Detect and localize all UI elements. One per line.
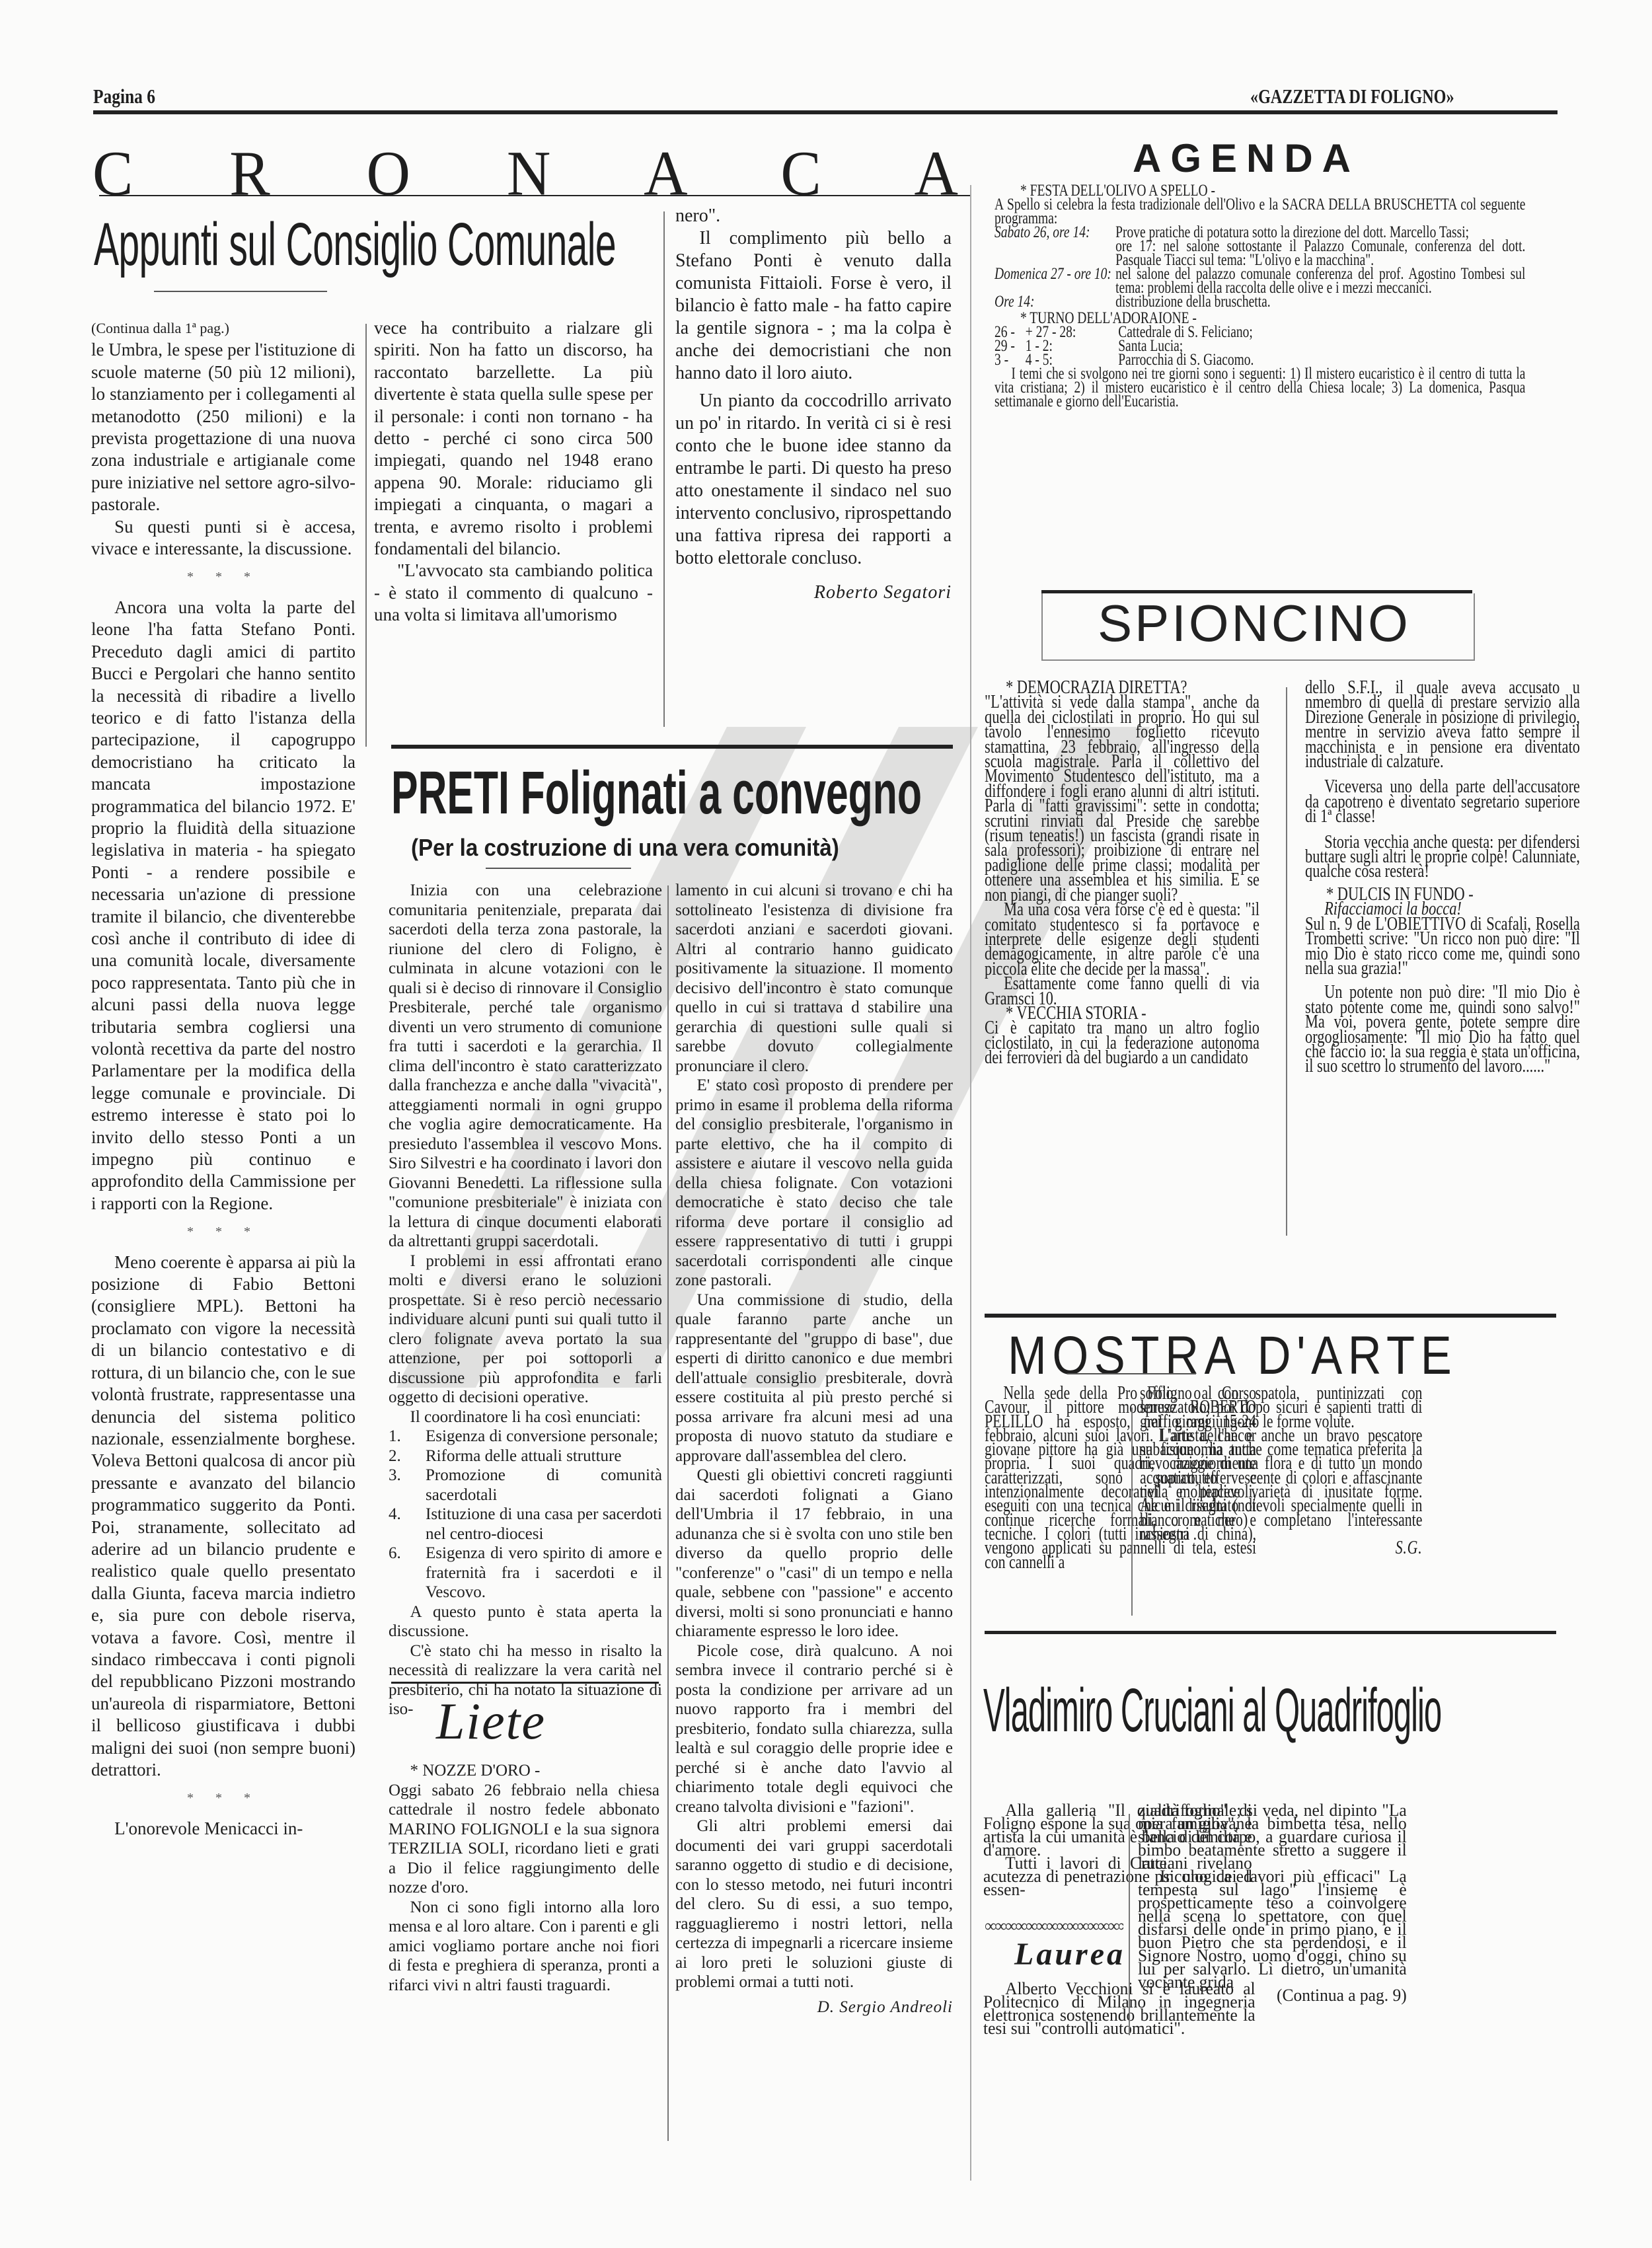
section-title-cronaca: C R O N A C A — [93, 139, 958, 208]
section-title-laurea: Laurea — [1014, 1936, 1125, 1972]
section-title-spioncino: SPIONCINO — [1023, 593, 1485, 654]
agenda-body: * FESTA DELL'OLIVO A SPELLO - A Spello s… — [995, 184, 1525, 408]
consiglio-column-2: vece ha contribuito a rialzare gli spiri… — [374, 317, 653, 626]
spioncino-column-1: * DEMOCRAZIA DIRETTA? "L'attività si ved… — [985, 681, 1259, 1066]
mostra-top-rule — [985, 1314, 1556, 1318]
column-divider — [970, 185, 971, 2181]
page-number: Pagina 6 — [93, 85, 155, 108]
list-item: 6.Esigenza di vero spirito di amore e fr… — [389, 1544, 662, 1602]
turno-row: 26 -+ 27 - 28:Cattedrale di S. Feliciano… — [995, 325, 1525, 339]
cruciani-column-2: zialità formale; si veda, nel dipinto "L… — [1138, 1804, 1407, 2002]
article-headline-preti: PRETI Folignati a convegno — [391, 760, 922, 826]
item-title: * NOZZE D'ORO - — [389, 1761, 659, 1781]
list-item: 2.Riforma delle attuali strutture — [389, 1446, 662, 1466]
preti-top-rule — [391, 745, 953, 749]
article-subheadline-preti: (Per la costruzione di una vera comunità… — [411, 834, 839, 862]
column-divider — [1286, 687, 1287, 1236]
section-title-mostra: MOSTRA D'ARTE — [1008, 1325, 1462, 1387]
article-headline-consiglio: Appunti sul Consiglio Comunale — [94, 211, 616, 278]
preti-column-2: lamento in cui alcuni si trovano e chi h… — [675, 881, 953, 2017]
spioncino-column-2: dello S.F.I., il quale aveva accusato u … — [1305, 681, 1580, 1074]
list-item: 1.Esigenza di conversione personale; — [389, 1427, 662, 1446]
continued-from-note: (Continua dalla 1ª pag.) — [91, 317, 356, 339]
cruciani-top-rule — [985, 1631, 1556, 1634]
column-divider — [663, 211, 665, 727]
points-list: 1.Esigenza di conversione personale; 2.R… — [389, 1427, 662, 1602]
ornament-divider: ∞∞∞∞∞∞∞∞∞∞∞∞∞∞∞ — [985, 1916, 1123, 1936]
subheadline-underline — [486, 868, 631, 869]
section-title-liete: Liete — [436, 1692, 634, 1751]
mostra-column-2: soffio, o con spatola, puntinizzati con … — [1140, 1386, 1422, 1555]
schedule-row: Sabato 26, ore 14:Prove pratiche di pota… — [995, 225, 1525, 309]
headline-underline — [154, 291, 327, 292]
article-headline-cruciani: Vladimiro Cruciani al Quadrifoglio — [983, 1678, 1441, 1741]
masthead-rule — [93, 110, 1558, 114]
column-divider — [1131, 1407, 1133, 1616]
mostra-underline — [1067, 1373, 1196, 1374]
list-item: 3.Promozione di comunità sacerdotali — [389, 1466, 662, 1505]
liete-body: * NOZZE D'ORO - Oggi sabato 26 febbraio … — [389, 1761, 659, 1995]
turno-row: 29 -1 - 2:Santa Lucia; — [995, 339, 1525, 353]
column-divider — [667, 885, 669, 2141]
list-item: 4.Istituzione di una casa per sacerdoti … — [389, 1505, 662, 1544]
author-signature: D. Sergio Andreoli — [675, 1998, 953, 2017]
preti-column-1: Inizia con una celebrazione comunitaria … — [389, 881, 662, 1719]
author-signature: Roberto Segatori — [675, 581, 952, 604]
liete-top-rule — [391, 1682, 659, 1684]
newspaper-name: «GAZZETTA DI FOLIGNO» — [1250, 85, 1454, 108]
consiglio-column-1: (Continua dalla 1ª pag.) le Umbra, le sp… — [91, 317, 356, 1840]
consiglio-column-3: nero". Il complimento più bello a Stefan… — [675, 205, 952, 604]
cronaca-underline — [99, 195, 971, 196]
column-divider — [1129, 1814, 1130, 2035]
column-divider — [365, 324, 367, 747]
section-title-agenda: AGENDA — [1133, 135, 1360, 181]
